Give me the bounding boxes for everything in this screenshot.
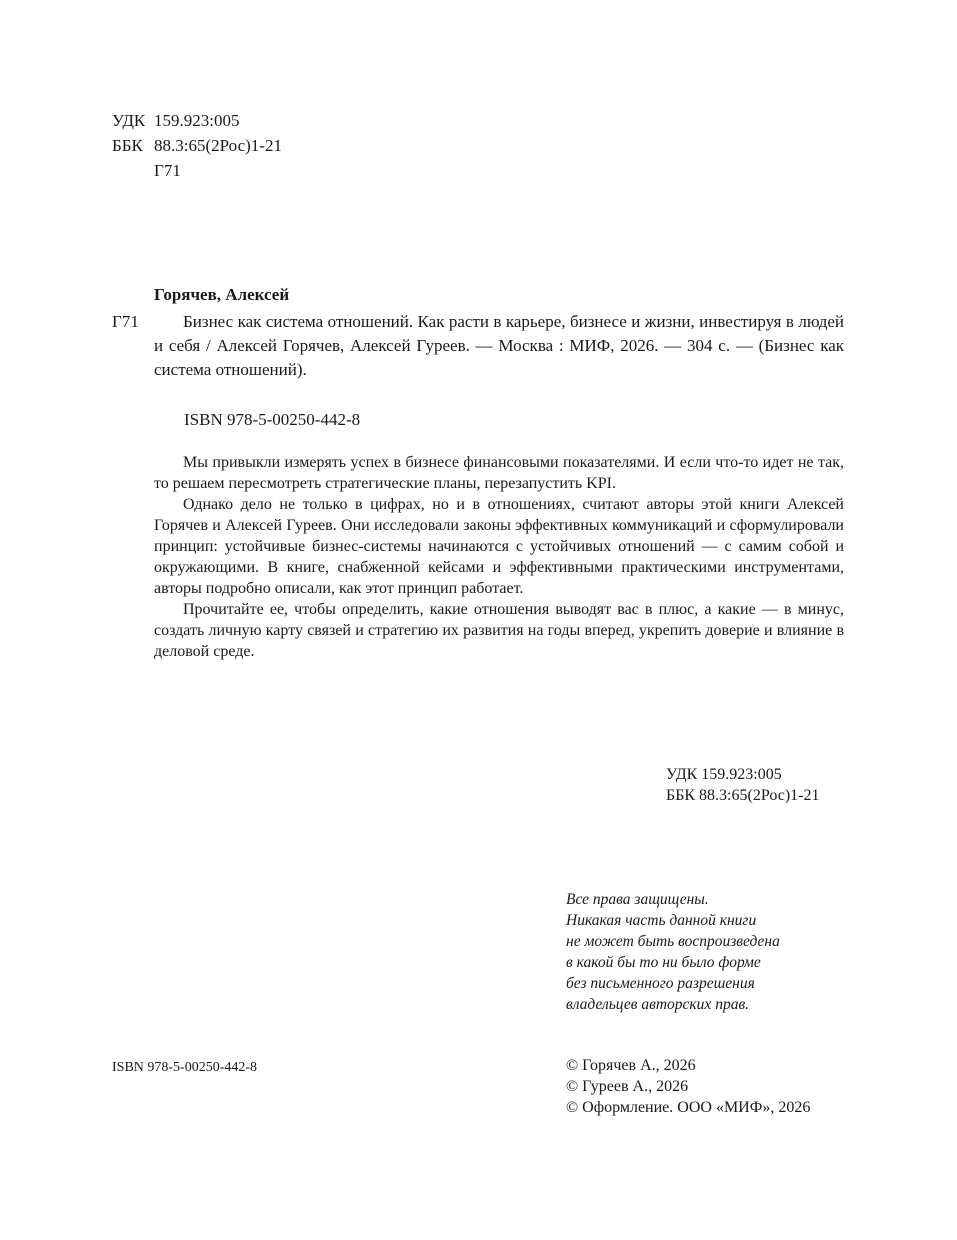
bibliography-entry: Бизнес как система отношений. Как расти …: [154, 310, 844, 382]
udk-row: УДК 159.923:005: [112, 108, 282, 133]
annotation-paragraph: Однако дело не только в цифрах, но и в о…: [154, 494, 844, 599]
udk-value: 159.923:005: [154, 108, 239, 133]
annotation-paragraph: Мы привыкли измерять успех в бизнесе фин…: [154, 452, 844, 494]
bibliography-code: Г71: [112, 310, 139, 334]
classification-block-top: УДК 159.923:005 ББК 88.3:65(2Рос)1-21 Г7…: [112, 108, 282, 183]
udk-bottom: УДК 159.923:005: [666, 764, 819, 785]
rights-notice: Все права защищены. Никакая часть данной…: [566, 889, 780, 1015]
bbk-value: 88.3:65(2Рос)1-21: [154, 133, 282, 158]
bbk-row: ББК 88.3:65(2Рос)1-21: [112, 133, 282, 158]
annotation: Мы привыкли измерять успех в бизнесе фин…: [154, 452, 844, 662]
rights-line: Все права защищены.: [566, 889, 780, 910]
annotation-paragraph: Прочитайте ее, чтобы определить, какие о…: [154, 599, 844, 662]
copyright-line: © Горячев А., 2026: [566, 1055, 810, 1076]
bbk-bottom: ББК 88.3:65(2Рос)1-21: [666, 785, 819, 806]
rights-line: без письменного разрешения: [566, 973, 780, 994]
udk-label: УДК: [112, 108, 154, 133]
rights-line: Никакая часть данной книги: [566, 910, 780, 931]
copyright-line: © Оформление. ООО «МИФ», 2026: [566, 1097, 810, 1118]
author-mark: Г71: [154, 158, 181, 183]
author-heading: Горячев, Алексей: [154, 283, 289, 307]
bbk-label: ББК: [112, 133, 154, 158]
isbn-main: ISBN 978-5-00250-442-8: [184, 408, 360, 432]
copyright-line: © Гуреев А., 2026: [566, 1076, 810, 1097]
rights-line: не может быть воспроизведена: [566, 931, 780, 952]
copyright-block: © Горячев А., 2026 © Гуреев А., 2026 © О…: [566, 1055, 810, 1118]
rights-line: владельцев авторских прав.: [566, 994, 780, 1015]
rights-line: в какой бы то ни было форме: [566, 952, 780, 973]
author-mark-row: Г71: [112, 158, 282, 183]
classification-block-bottom: УДК 159.923:005 ББК 88.3:65(2Рос)1-21: [666, 764, 819, 806]
isbn-bottom: ISBN 978-5-00250-442-8: [112, 1058, 257, 1078]
